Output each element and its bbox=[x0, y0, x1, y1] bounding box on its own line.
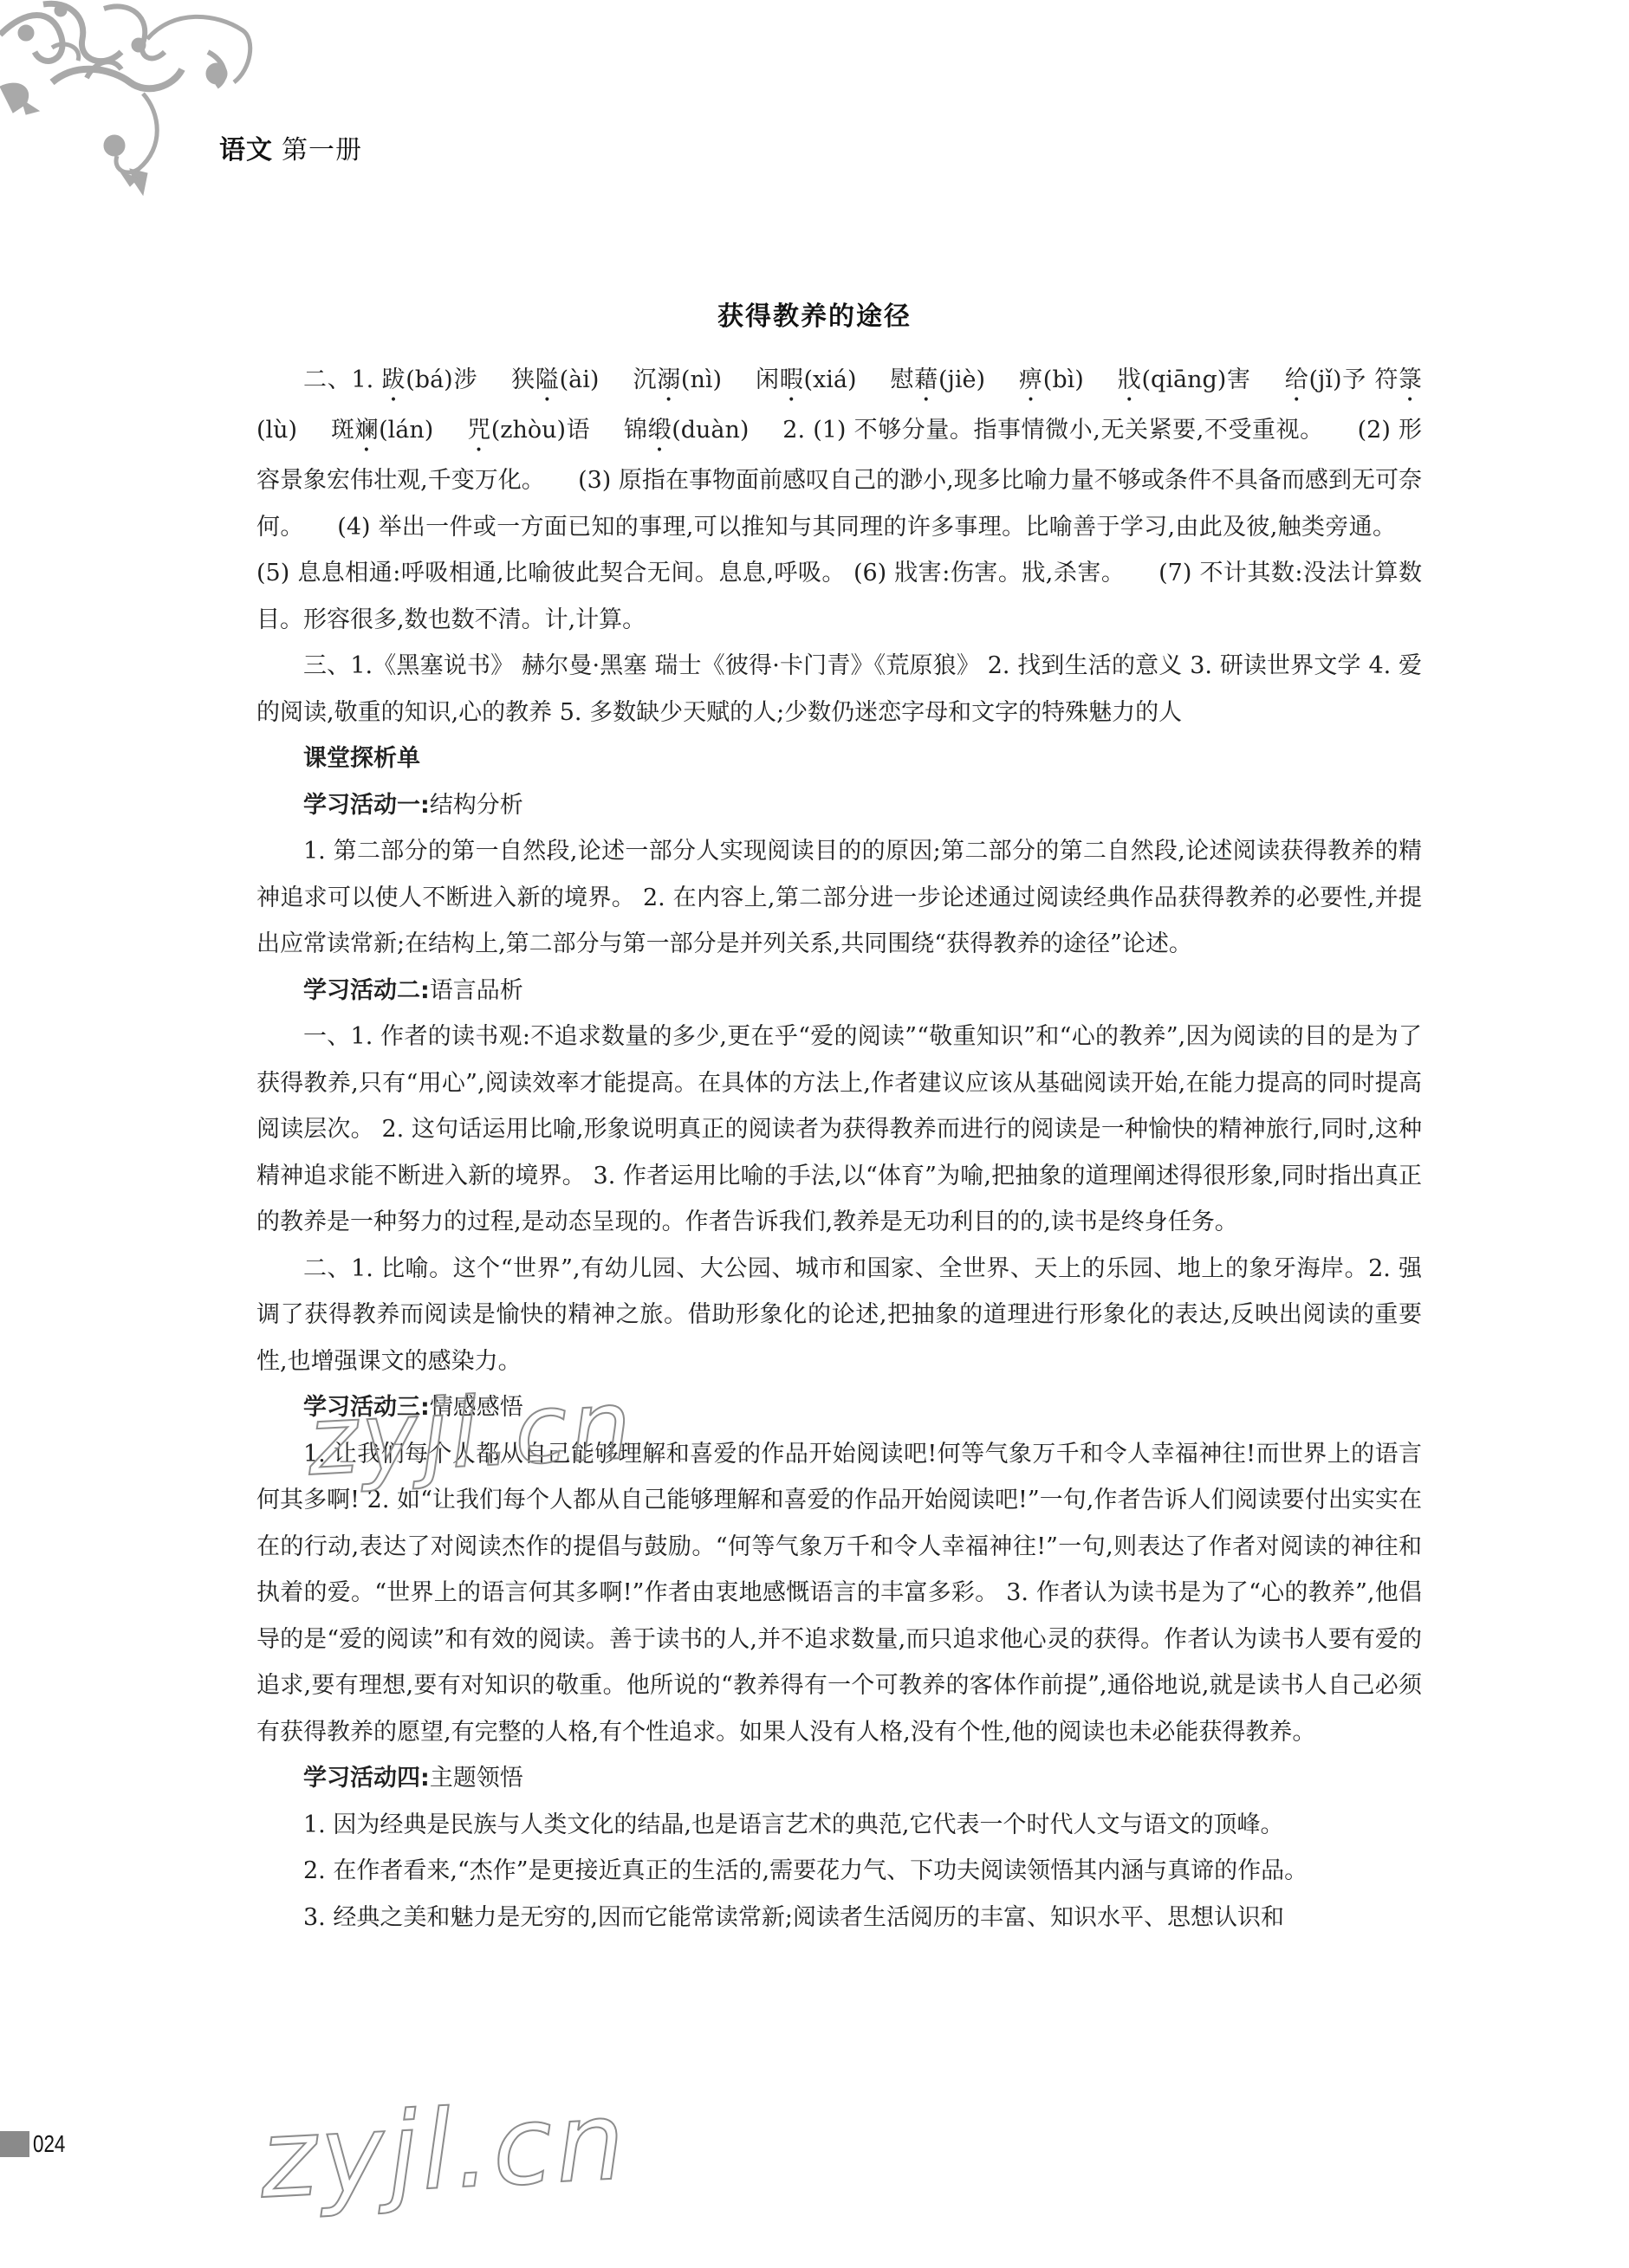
page-number: 024 bbox=[33, 2130, 65, 2158]
book-header: 语文第一册 bbox=[219, 128, 362, 166]
definition-item: (1) 不够分量。指事情微小,无关紧要,不受重视。 bbox=[813, 417, 1324, 444]
pinyin-item: 咒(zhòu)语 bbox=[467, 417, 590, 444]
floral-ornament-icon bbox=[0, 0, 260, 199]
definition-item: (4) 举出一件或一方面已知的事理,可以推知与其同理的许多事理。比喻善于学习,由… bbox=[337, 514, 1396, 541]
lesson-title: 获得教养的途径 bbox=[0, 295, 1629, 333]
book-volume: 第一册 bbox=[282, 135, 362, 165]
classroom-section-title: 课堂探析单 bbox=[256, 735, 1422, 782]
activity-four-answer-1: 1. 因为经典是民族与人类文化的结晶,也是语言艺术的典范,它代表一个时代人文与语… bbox=[256, 1802, 1422, 1849]
activity-four-answer-2: 2. 在作者看来,“杰作”是更接近真正的生活的,需要花力气、下功夫阅读领悟其内涵… bbox=[256, 1848, 1422, 1895]
activity-two-answer-part-two: 二、1. 比喻。这个“世界”,有幼儿园、大公园、城市和国家、全世界、天上的乐园、… bbox=[256, 1246, 1422, 1385]
activity-three-heading: 学习活动三:情感感悟 bbox=[256, 1384, 1422, 1431]
activity-two-answer-part-one: 一、1. 作者的读书观:不追求数量的多少,更在乎“爱的阅读”“敬重知识”和“心的… bbox=[256, 1014, 1422, 1246]
pinyin-item: 痹(bì) bbox=[1019, 366, 1084, 393]
question-2-label: 2. bbox=[782, 417, 805, 444]
activity-four-answer-3: 3. 经典之美和魅力是无穷的,因而它能常读常新;阅读者生活阅历的丰富、知识水平、… bbox=[256, 1895, 1422, 1941]
pinyin-item: 锦缎(duàn) bbox=[624, 417, 749, 444]
watermark: zyjl.cn bbox=[256, 2078, 631, 2223]
activity-three-answer: 1. 让我们每个人都从自己能够理解和喜爱的作品开始阅读吧!何等气象万千和令人幸福… bbox=[256, 1431, 1422, 1756]
pinyin-item: 沉溺(nì) bbox=[633, 366, 722, 393]
activity-one-heading: 学习活动一:结构分析 bbox=[256, 782, 1422, 829]
part-two-paragraph: 二、1. 跋(bá)涉 狭隘(ài) 沉溺(nì) 闲暇(xiá) 慰藉(jiè… bbox=[256, 357, 1422, 643]
pinyin-item: 跋(bá)涉 bbox=[382, 366, 478, 393]
definition-item: (5) 息息相通:呼吸相通,比喻彼此契合无间。息息,呼吸。 bbox=[256, 560, 846, 586]
activity-two-heading: 学习活动二:语言品析 bbox=[256, 968, 1422, 1014]
pinyin-item: 闲暇(xiá) bbox=[756, 366, 857, 393]
answer-content: 二、1. 跋(bá)涉 狭隘(ài) 沉溺(nì) 闲暇(xiá) 慰藉(jiè… bbox=[256, 357, 1422, 1941]
page-tab-marker bbox=[0, 2131, 29, 2157]
book-subject: 语文 bbox=[219, 135, 273, 165]
pinyin-item: 给(jǐ)予 bbox=[1285, 366, 1366, 393]
pinyin-item: 狭隘(ài) bbox=[511, 366, 599, 393]
pinyin-item: 斑斓(lán) bbox=[331, 417, 433, 444]
definition-item: (6) 戕害:伤害。戕,杀害。 bbox=[853, 560, 1125, 586]
part-two-prefix: 二、1. bbox=[303, 366, 373, 393]
part-three-paragraph: 三、1.《黑塞说书》 赫尔曼·黑塞 瑞士《彼得·卡门青》《荒原狼》 2. 找到生… bbox=[256, 643, 1422, 735]
activity-one-answer: 1. 第二部分的第一自然段,论述一部分人实现阅读目的的原因;第二部分的第二自然段… bbox=[256, 828, 1422, 968]
pinyin-item: 戕(qiāng)害 bbox=[1118, 366, 1251, 393]
activity-four-heading: 学习活动四:主题领悟 bbox=[256, 1755, 1422, 1802]
page-footer: 024 bbox=[0, 2131, 74, 2157]
pinyin-item: 慰藉(jiè) bbox=[891, 366, 986, 393]
